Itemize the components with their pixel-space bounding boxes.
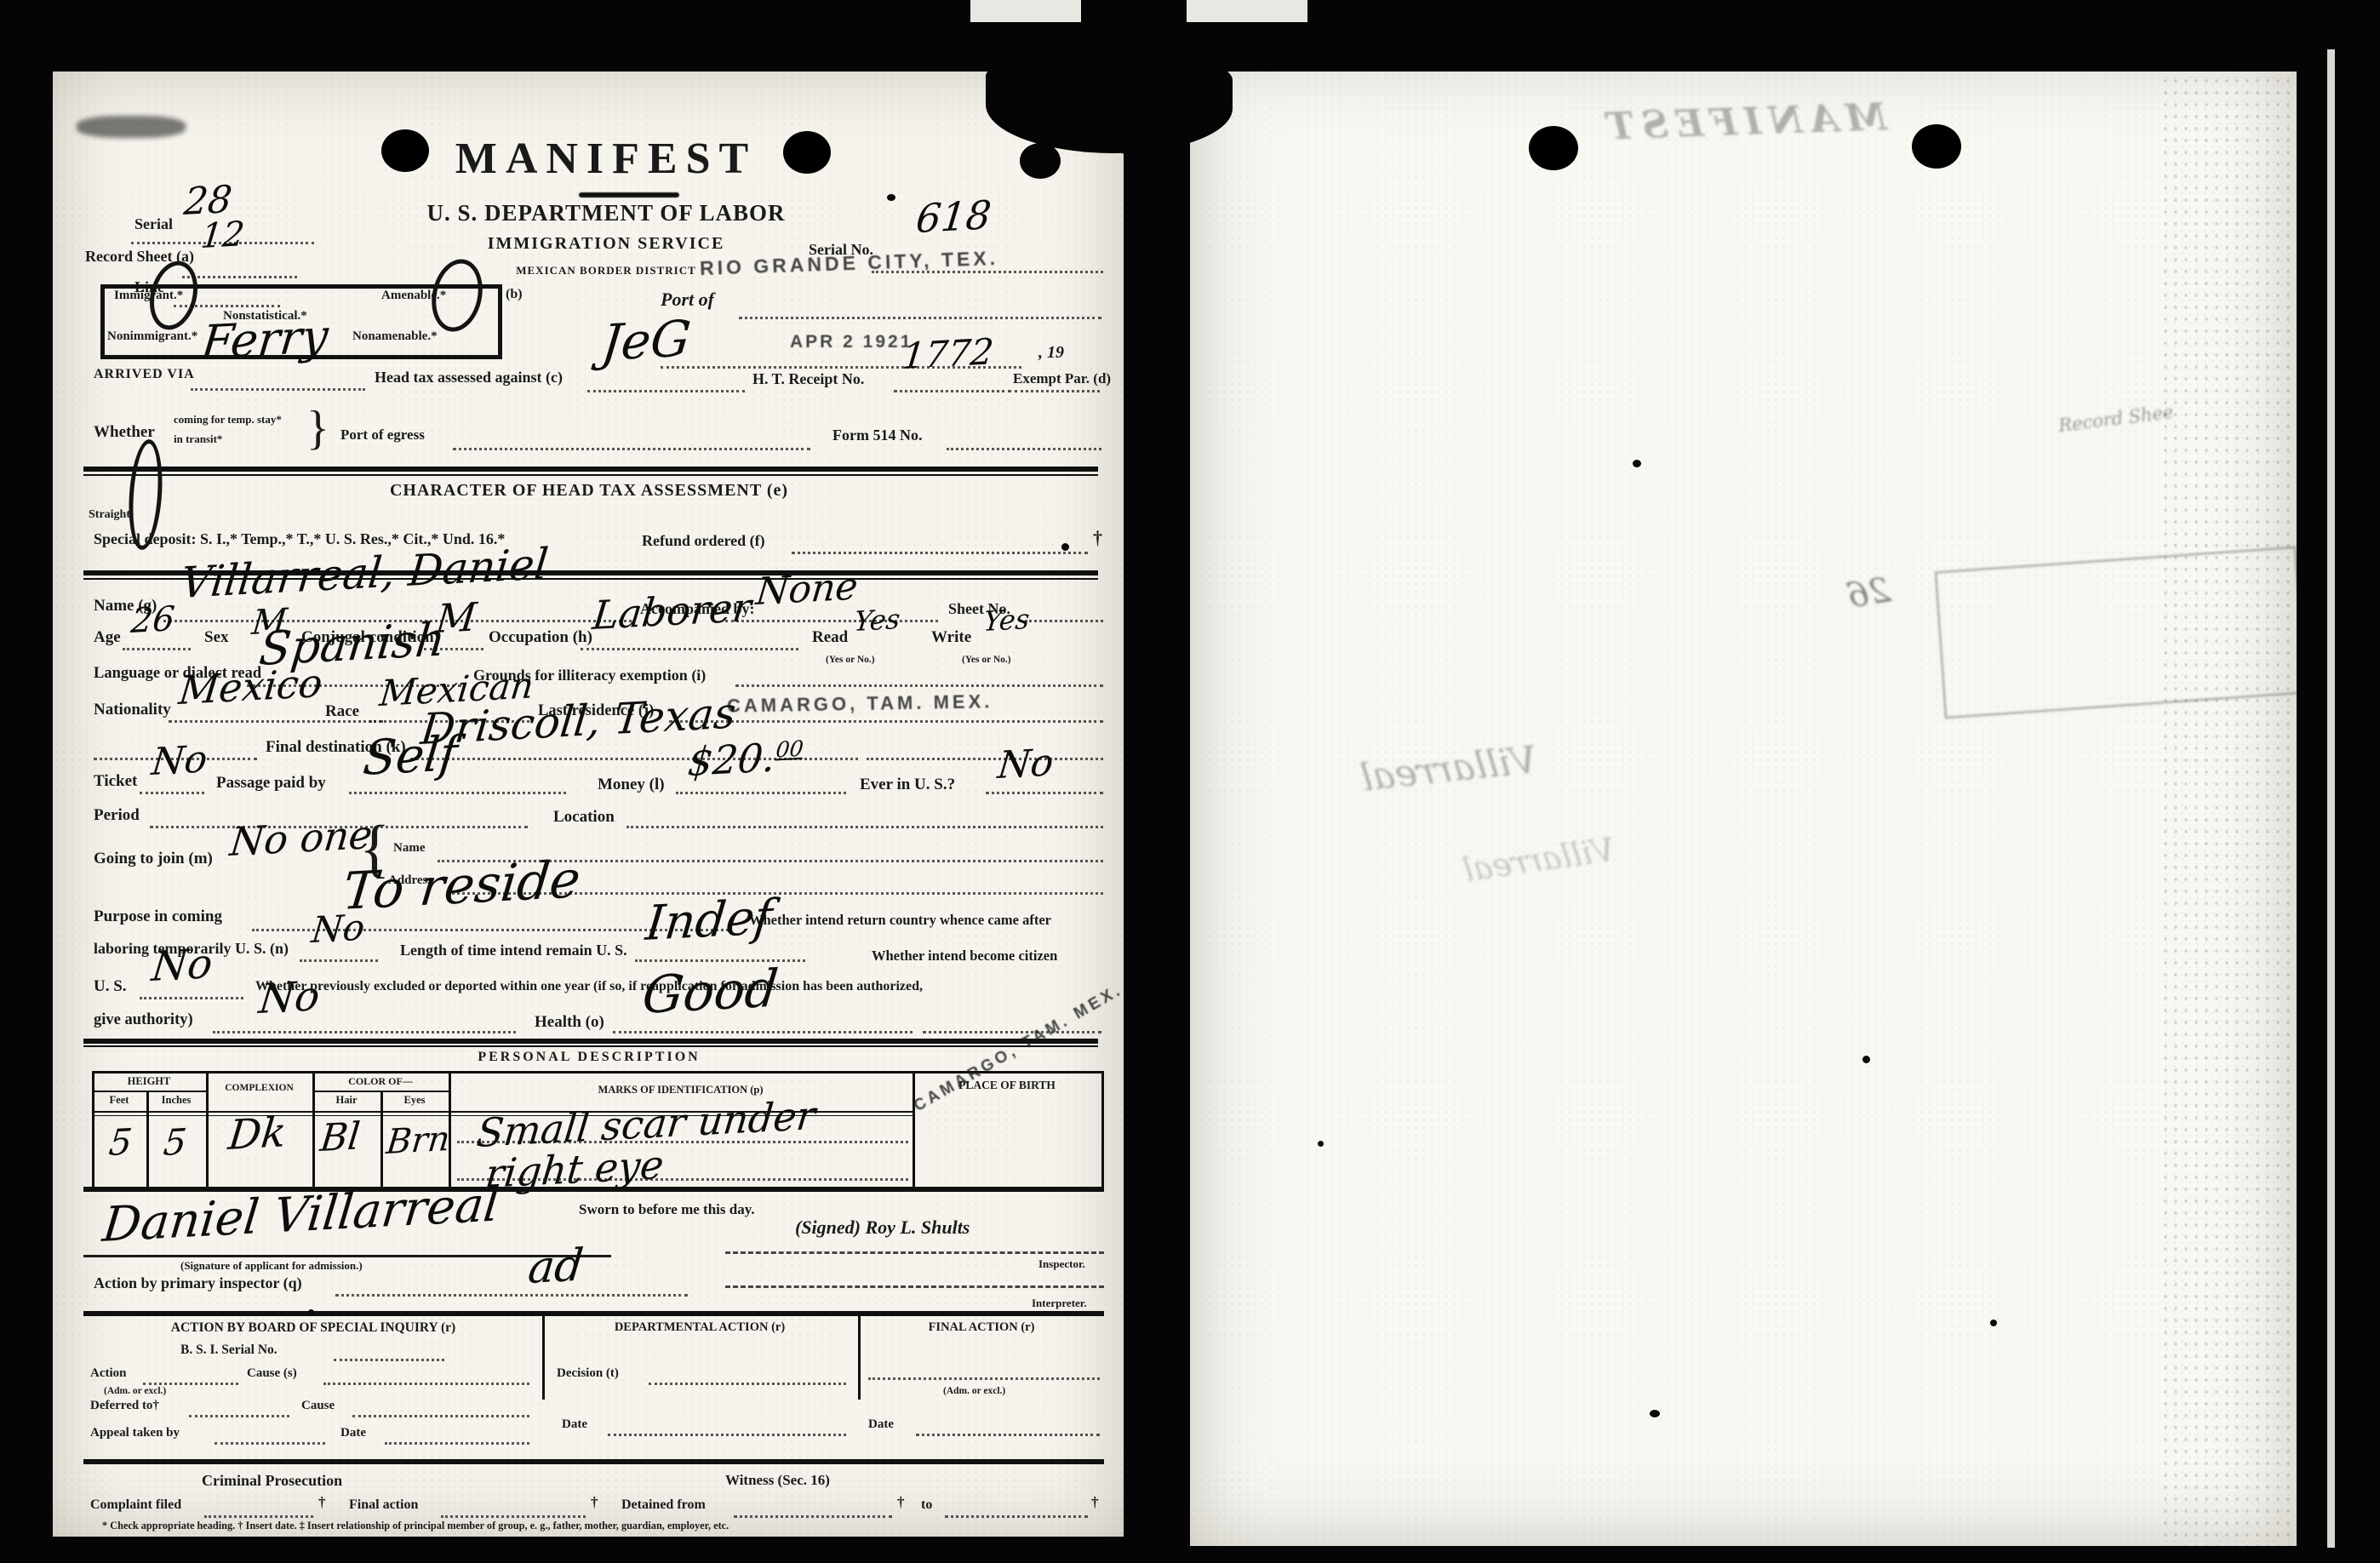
form514-label: Form 514 No.	[832, 427, 922, 444]
join-label: Going to join (m)	[94, 850, 213, 867]
table-vline	[92, 1071, 94, 1187]
bleed-through-number: 26	[1845, 570, 1893, 615]
scan-black-drip	[1132, 148, 1178, 187]
bsi-heading: ACTION BY BOARD OF SPECIAL INQUIRY (r)	[100, 1321, 526, 1335]
egress-label: Port of egress	[340, 427, 425, 443]
us-line	[140, 997, 243, 999]
yes-or-no-note: (Yes or No.)	[826, 655, 875, 665]
ever-us-value: No	[996, 744, 1056, 785]
final-action-line	[868, 1377, 1100, 1380]
footnote: * Check appropriate heading. † Insert da…	[102, 1520, 729, 1532]
ticket-label: Ticket	[94, 773, 137, 790]
dagger-glyph: †	[1093, 528, 1102, 547]
occupation-value: Laborer	[591, 587, 753, 635]
port-of-line	[739, 317, 1101, 319]
complaint-line	[204, 1515, 313, 1518]
location-line	[626, 826, 1103, 828]
occupation-line	[581, 648, 798, 650]
deferred-line	[189, 1415, 289, 1417]
scan-black-drip	[1020, 143, 1061, 179]
deferred-cause-line	[352, 1415, 529, 1417]
exempt-label: Exempt Par. (d)	[1013, 371, 1111, 386]
ticket-value: No	[150, 741, 209, 781]
deferred-label: Deferred to†	[90, 1400, 159, 1413]
nationality-line	[169, 720, 383, 723]
bleed-through-title: MANIFEST	[1555, 94, 1931, 150]
section-rule	[83, 467, 1098, 472]
board-bottom-rule	[83, 1459, 1104, 1464]
date-stamp: APR 2 1921	[790, 332, 913, 352]
refund-label: Refund ordered (f)	[642, 533, 765, 549]
health-label: Health (o)	[535, 1014, 604, 1031]
decision-label: Decision (t)	[557, 1367, 619, 1381]
final-adm-excl-note: (Adm. or excl.)	[943, 1386, 1005, 1396]
dagger-glyph: †	[897, 1495, 905, 1510]
manifest-front-page: MANIFEST U. S. DEPARTMENT OF LABOR IMMIG…	[53, 66, 1124, 1537]
arrived-via-label: ARRIVED VIA	[94, 368, 195, 382]
scan-edge-notch	[1187, 0, 1307, 24]
temp-stay-option: coming for temp. stay*	[174, 414, 282, 426]
authority-label: give authority)	[94, 1012, 193, 1028]
interpreter-caption: Interpreter.	[1032, 1297, 1087, 1309]
bsi-serial-line	[334, 1359, 444, 1361]
departmental-date-label: Date	[562, 1418, 587, 1432]
section-rule	[83, 1039, 1098, 1044]
serial-no-value: 618	[914, 195, 993, 238]
board-action-label: Action	[90, 1367, 127, 1381]
citizen-label: Whether intend become citizen	[872, 948, 1057, 963]
ink-smudge	[77, 116, 186, 138]
ink-speck	[1862, 1056, 1870, 1063]
table-vline	[380, 1092, 383, 1187]
hair-value: Bl	[318, 1118, 362, 1158]
color-of-header: COLOR OF—	[312, 1076, 449, 1087]
record-sheet-value: 12	[199, 217, 246, 254]
punch-hole	[783, 131, 831, 174]
arrived-via-line	[191, 388, 365, 391]
scan-edge-line	[2327, 49, 2335, 1548]
refund-line	[792, 552, 1088, 554]
illiteracy-line	[735, 684, 1103, 687]
period-label: Period	[94, 807, 140, 824]
applicant-caption: (Signature of applicant for admission.)	[180, 1260, 363, 1272]
complexion-value: Dk	[226, 1112, 289, 1156]
sheet-no-line	[1025, 620, 1103, 622]
ink-speck	[1650, 1410, 1660, 1417]
race-label: Race	[325, 703, 359, 720]
head-tax-section-heading: CHARACTER OF HEAD TAX ASSESSMENT (e)	[291, 482, 887, 500]
authority-line	[213, 1031, 516, 1033]
scanned-manifest-document: MANIFEST U. S. DEPARTMENT OF LABOR IMMIG…	[0, 0, 2380, 1563]
decision-line	[649, 1383, 846, 1385]
deferred-cause-label: Cause	[301, 1400, 335, 1413]
inspector-signature: (Signed) Roy L. Shults	[795, 1217, 970, 1237]
final-action-footer-line	[441, 1515, 586, 1518]
manifest-back-page: MANIFEST Record Shee 26 Villarreal Villa…	[1190, 51, 2297, 1546]
final-action-heading: FINAL ACTION (r)	[861, 1321, 1101, 1334]
departmental-date-line	[608, 1434, 846, 1436]
occupation-label: Occupation (h)	[489, 629, 592, 646]
port-of-label: Port of	[661, 289, 714, 309]
form514-line	[947, 448, 1101, 450]
receipt-value: 1772	[901, 334, 995, 375]
complaint-label: Complaint filed	[90, 1498, 181, 1513]
detained-line	[734, 1515, 892, 1518]
accompanied-line	[725, 620, 938, 622]
remain-label: Length of time intend remain U. S.	[400, 942, 627, 959]
cause-s-line	[323, 1383, 529, 1385]
purpose-value: To reside	[340, 854, 583, 918]
read-label: Read	[812, 629, 848, 646]
eyes-value: Brn	[385, 1122, 451, 1159]
us-value: No	[150, 943, 215, 988]
to-label: to	[921, 1498, 932, 1513]
personal-description-heading: PERSONAL DESCRIPTION	[308, 1051, 870, 1065]
remain-value: Indef	[644, 894, 775, 948]
residence-stamp: CAMARGO, TAM. MEX.	[727, 690, 993, 717]
health-line2	[923, 1031, 1101, 1033]
money-dollars: $20.	[686, 734, 778, 785]
hair-header: Hair	[312, 1095, 380, 1106]
b-note: (b)	[506, 288, 523, 302]
egress-line	[453, 448, 810, 450]
write-label: Write	[931, 629, 971, 646]
age-value: 26	[129, 602, 176, 638]
district-heading: MEXICAN BORDER DISTRICT	[478, 265, 734, 277]
money-value: $20.00	[686, 736, 804, 781]
height-header: HEIGHT	[92, 1076, 206, 1087]
marks-header: MARKS OF IDENTIFICATION (p)	[449, 1085, 913, 1096]
primary-action-value: ad	[526, 1243, 586, 1291]
board-action-line	[143, 1383, 238, 1385]
scan-edge-notch	[970, 0, 1083, 24]
serial-label: Serial	[134, 216, 173, 232]
authority-value: No	[257, 976, 322, 1020]
nationality-value: Mexico	[177, 663, 324, 710]
nonamenable-option: Nonamenable.*	[352, 330, 438, 344]
inches-header: Inches	[146, 1095, 206, 1106]
table-vline	[1101, 1071, 1104, 1187]
write-value: Yes	[982, 605, 1031, 635]
table-top-rule	[92, 1071, 1104, 1073]
nationality-label: Nationality	[94, 701, 171, 719]
to-line	[945, 1515, 1088, 1518]
departmental-heading: DEPARTMENTAL ACTION (r)	[546, 1321, 853, 1334]
height-subrule	[92, 1091, 206, 1092]
section-rule-thin	[83, 1045, 1098, 1047]
primary-action-line	[335, 1294, 688, 1297]
brace-glyph: }	[306, 404, 329, 454]
final-date-line	[916, 1434, 1100, 1436]
final-action-footer-label: Final action	[349, 1498, 418, 1513]
department-heading: U. S. DEPARTMENT OF LABOR	[393, 201, 819, 225]
straight-label: Straight	[89, 509, 130, 522]
return-label: Whether intend return country whence cam…	[749, 913, 1051, 927]
appeal-date-line	[385, 1442, 529, 1445]
bleed-through-signature: Villarreal	[1359, 738, 1539, 799]
title-rule	[579, 192, 679, 198]
criminal-label: Criminal Prosecution	[202, 1473, 342, 1489]
record-sheet-line	[182, 276, 297, 278]
ink-speck	[887, 194, 895, 201]
in-transit-option: in transit*	[174, 433, 222, 445]
name-value: Villarreal, Daniel	[179, 542, 550, 604]
primary-action-label: Action by primary inspector (q)	[94, 1275, 302, 1291]
marks-dotted1	[457, 1141, 908, 1143]
detained-label: Detained from	[621, 1498, 706, 1513]
whether-label: Whether	[94, 424, 155, 441]
board-top-rule	[83, 1311, 1104, 1316]
inches-value: 5	[162, 1124, 188, 1161]
laboring-value: No	[310, 909, 366, 948]
eyes-header: Eyes	[380, 1095, 449, 1106]
sex-label: Sex	[204, 629, 229, 646]
head-tax-signature: JeG	[599, 313, 693, 368]
age-label: Age	[94, 629, 121, 646]
exempt-line	[1015, 390, 1100, 392]
money-cents: 00	[775, 736, 804, 763]
health-value: Good	[640, 963, 781, 1022]
purpose-label: Purpose in coming	[94, 908, 222, 925]
service-heading: IMMIGRATION SERVICE	[436, 235, 776, 253]
money-label: Money (l)	[598, 776, 665, 793]
dagger-glyph: †	[318, 1495, 326, 1510]
arrived-via-value: Ferry	[199, 313, 330, 366]
adm-excl-note: (Adm. or excl.)	[104, 1386, 166, 1396]
passage-line	[349, 792, 566, 794]
accompanied-value: None	[754, 568, 860, 611]
yes-or-no-note: (Yes or No.)	[962, 655, 1011, 665]
excluded-label: Whether previously excluded or deported …	[255, 980, 923, 994]
sworn-label: Sworn to before me this day.	[579, 1202, 755, 1217]
bleed-through-signature: Villarreal	[1461, 831, 1617, 890]
ink-speck	[1633, 460, 1641, 467]
ink-speck	[308, 1309, 314, 1315]
receipt-line	[894, 390, 1011, 392]
ever-us-line	[986, 792, 1103, 794]
table-vline	[312, 1071, 315, 1187]
money-line	[676, 792, 846, 794]
dagger-glyph: †	[1091, 1495, 1099, 1510]
destination-line2	[867, 758, 1103, 760]
form-title: MANIFEST	[440, 136, 772, 183]
table-vline	[146, 1092, 149, 1187]
nonimmigrant-option: Nonimmigrant.*	[107, 330, 197, 344]
punch-hole	[381, 129, 429, 172]
birth-stamp: CAMARGO, TAM. MEX.	[911, 981, 1124, 1116]
feet-header: Feet	[92, 1095, 146, 1106]
join-value: No one	[228, 815, 375, 862]
witness-label: Witness (Sec. 16)	[725, 1473, 830, 1488]
inspector-line	[725, 1251, 1104, 1254]
appeal-line	[215, 1442, 325, 1445]
color-subrule	[312, 1091, 449, 1092]
ever-us-label: Ever in U. S.?	[860, 776, 955, 793]
join-name-label: Name	[393, 842, 426, 856]
ticket-line	[140, 792, 204, 794]
section-rule-thin	[83, 474, 1098, 476]
passage-label: Passage paid by	[216, 775, 326, 792]
board-divider	[858, 1311, 861, 1400]
health-line	[613, 1031, 913, 1033]
passage-value: Self	[361, 730, 460, 783]
year-label: , 19	[1038, 344, 1064, 362]
bsi-serial-label: B. S. I. Serial No.	[180, 1343, 277, 1357]
age-line	[123, 648, 191, 650]
feet-value: 5	[107, 1124, 134, 1161]
laboring-line	[300, 959, 378, 962]
final-date-label: Date	[868, 1418, 894, 1432]
location-label: Location	[553, 809, 615, 826]
read-value: Yes	[853, 605, 901, 635]
marks-dotted2	[457, 1178, 908, 1181]
inspector-caption: Inspector.	[1038, 1258, 1085, 1270]
appeal-date-label: Date	[340, 1427, 366, 1440]
bleed-through-record-sheet: Record Shee	[2057, 402, 2174, 436]
ink-speck	[1061, 543, 1069, 551]
receipt-label: H. T. Receipt No.	[752, 371, 864, 387]
ink-speck	[1990, 1320, 1997, 1326]
head-tax-label: Head tax assessed against (c)	[375, 369, 563, 386]
dagger-glyph: †	[591, 1495, 598, 1510]
complexion-header: COMPLEXION	[206, 1083, 312, 1093]
cause-s-label: Cause (s)	[247, 1367, 297, 1381]
us-label: U. S.	[94, 978, 127, 995]
interpreter-line	[725, 1285, 1104, 1288]
head-tax-line	[587, 390, 745, 392]
appeal-label: Appeal taken by	[90, 1427, 180, 1440]
ink-speck	[1318, 1141, 1324, 1147]
scan-noise-band	[2160, 51, 2297, 1546]
board-divider	[542, 1311, 545, 1400]
bleed-through-box	[1934, 546, 2297, 719]
